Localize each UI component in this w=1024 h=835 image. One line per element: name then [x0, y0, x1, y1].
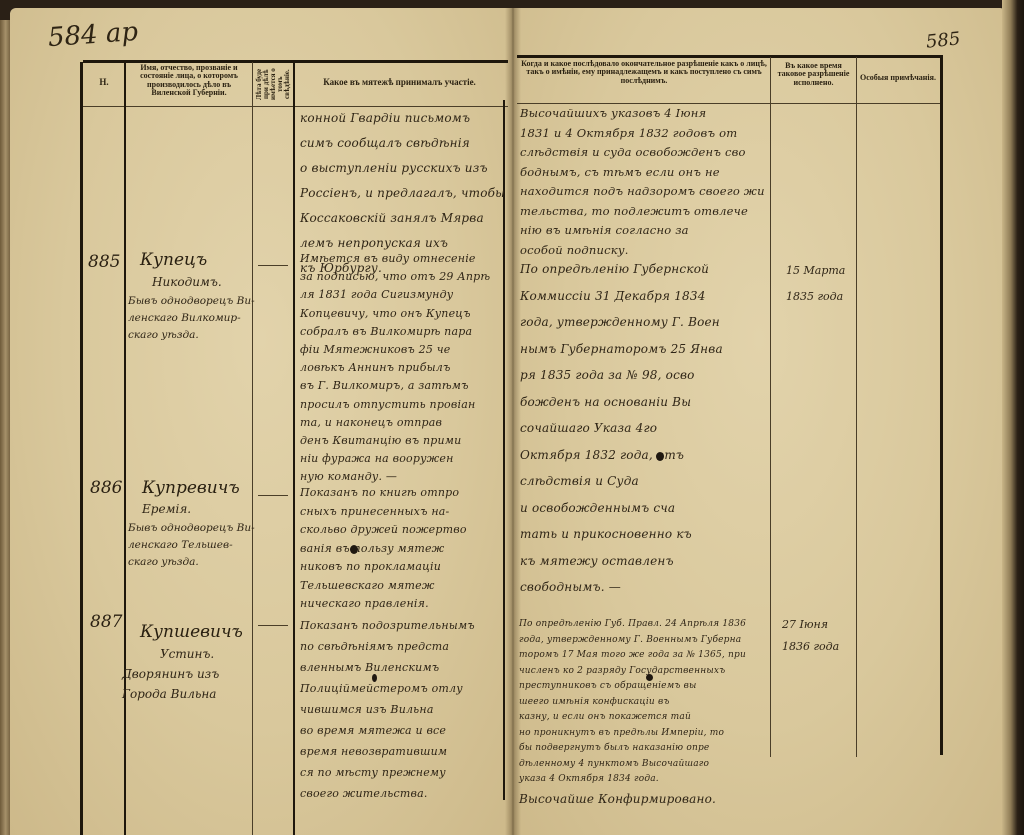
- folio-number-right: 585: [925, 28, 961, 52]
- right-header-top-rule: [517, 55, 942, 58]
- entry-surname: Купшевичъ: [140, 622, 243, 642]
- entry-status: Дворянинъ изъ Города Вильна: [122, 664, 219, 704]
- right-outer-rule: [940, 55, 943, 755]
- age-dash: [258, 265, 288, 266]
- entry-resolution: По опредѣленію Губ. Правл. 24 Апрѣля 183…: [519, 617, 746, 810]
- entry-status: Бывъ однодворецъ Ви- ленскаго Тельшев- с…: [128, 520, 255, 571]
- entry-number: 885: [88, 252, 120, 272]
- age-dash: [258, 625, 288, 626]
- header-executed: Въ какое время таковое разрѣшеніе исполн…: [772, 62, 855, 87]
- header-participation: Какое въ мятежѣ принималъ участіе.: [297, 78, 502, 87]
- ink-blot: [656, 452, 664, 461]
- entry-given-name: Устинъ.: [160, 647, 214, 661]
- ink-blot: [646, 674, 653, 681]
- folio-number-left: 584 ар: [47, 17, 139, 53]
- header-notes: Особыя примѣчанія.: [858, 74, 938, 82]
- entry-resolution: По опредѣленію Губернской Коммиссіи 31 Д…: [520, 256, 723, 601]
- left-outer-rule: [80, 62, 83, 835]
- ledger-book-spread: 584 ар 585 Н. Имя, отчество, прозваніе и…: [0, 0, 1024, 835]
- entry-given-name: Еремія.: [142, 502, 191, 516]
- header-number: Н.: [86, 78, 122, 87]
- entry-participation: Показанъ по книгѣ отпро сныхъ принесенны…: [300, 484, 467, 614]
- left-col-divider-3: [293, 62, 295, 835]
- age-dash: [258, 495, 288, 496]
- entry-number: 887: [90, 612, 122, 632]
- right-page-edge: [1002, 0, 1024, 835]
- right-col-divider-2: [856, 57, 857, 757]
- entry-number: 886: [90, 478, 122, 498]
- entry-executed-date: 15 Марта 1835 года: [786, 258, 845, 310]
- entry-given-name: Никодимъ.: [152, 275, 222, 289]
- entry-surname: Купецъ: [140, 250, 207, 270]
- left-col-divider-2: [252, 62, 253, 835]
- ink-blot: [350, 545, 358, 554]
- entry-participation: Имѣется въ виду отнесеніе за подписью, ч…: [300, 250, 490, 487]
- entry-executed-date: 27 Іюня 1836 года: [782, 614, 839, 658]
- header-name: Имя, отчество, прозваніе и состояніе лиц…: [127, 64, 251, 98]
- entry-status: Бывъ однодворецъ Ви- ленскаго Вилкомир- …: [128, 293, 255, 344]
- header-resolution: Когда и какое послѣдовало окончательное …: [519, 60, 769, 85]
- entry-participation: Показанъ подозрительнымъ по свѣдѣніямъ п…: [300, 615, 475, 804]
- entry-surname: Купревичъ: [142, 478, 240, 498]
- ink-blot: [372, 674, 377, 682]
- continuation-resolution: Высочайшихъ указовъ 4 Іюня 1831 и 4 Октя…: [520, 104, 765, 260]
- header-age: Лѣта буде при дѣлѣ имѣется о томъ свѣдѣн…: [256, 64, 290, 104]
- right-col-divider-1: [770, 57, 771, 757]
- left-col-divider-1: [124, 62, 126, 835]
